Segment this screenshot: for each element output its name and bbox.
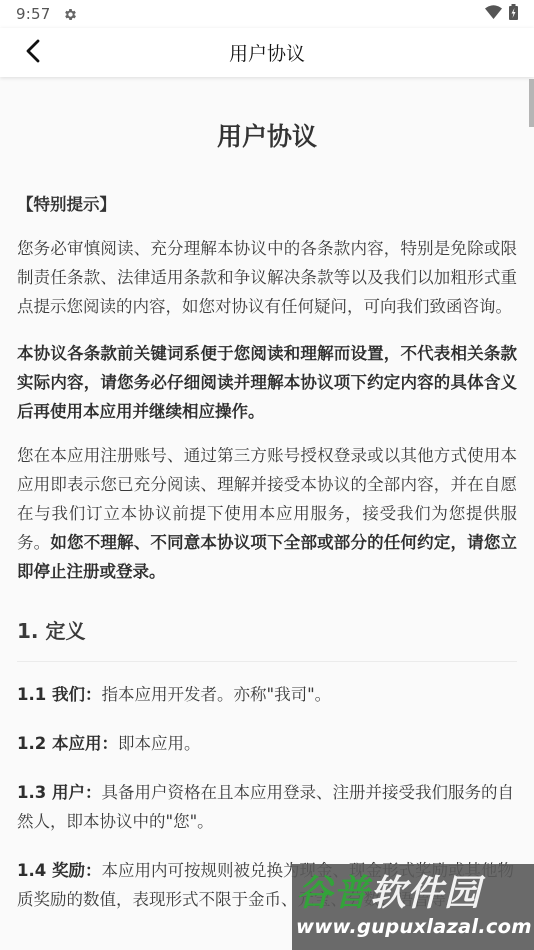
document-title: 用户协议	[17, 119, 517, 155]
app-bar: 用户协议	[0, 28, 534, 77]
definition-item: 1.2 本应用：即本应用。	[17, 729, 517, 758]
back-button[interactable]	[18, 38, 48, 68]
watermark-overlay: 谷普软件园 www.gupuxlazal.com	[292, 864, 534, 950]
battery-charging-icon	[509, 4, 518, 24]
watermark-brand: 谷普软件园	[296, 874, 530, 914]
status-bar: 9:57	[0, 0, 534, 28]
definition-text: 指本应用开发者。亦称"我司"。	[101, 685, 331, 704]
definition-term: 1.1 我们：	[17, 685, 101, 704]
definition-item: 1.3 用户：具备用户资格在且本应用登录、注册并接受我们服务的自然人，即本协议中…	[17, 778, 517, 836]
notice-paragraph-1: 您务必审慎阅读、充分理解本协议中的各条款内容，特别是免除或限制责任条款、法律适用…	[17, 234, 517, 321]
notice-paragraph-3: 您在本应用注册账号、通过第三方账号授权登录或以其他方式使用本应用即表示您已充分阅…	[17, 441, 517, 586]
definition-term: 1.4 奖励：	[17, 861, 101, 880]
app-bar-title: 用户协议	[229, 39, 305, 66]
definition-text: 即本应用。	[118, 734, 201, 753]
definition-term: 1.2 本应用：	[17, 734, 118, 753]
notice-paragraph-2: 本协议各条款前关键词系便于您阅读和理解而设置，不代表相关条款实际内容，请您务必仔…	[17, 339, 517, 426]
status-time: 9:57	[16, 5, 50, 23]
watermark-brand-green: 谷普	[296, 873, 370, 914]
special-notice-heading: 【特别提示】	[17, 191, 517, 219]
watermark-brand-white: 软件园	[370, 873, 481, 914]
definition-item: 1.1 我们：指本应用开发者。亦称"我司"。	[17, 680, 517, 709]
definition-term: 1.3 用户：	[17, 783, 101, 802]
wifi-icon	[485, 5, 502, 23]
scrollbar-thumb[interactable]	[529, 79, 534, 127]
section-divider	[17, 661, 517, 662]
chevron-left-icon	[25, 39, 41, 67]
gear-icon	[63, 7, 78, 22]
paragraph-3-bold: 如您不理解、不同意本协议项下全部或部分的任何约定，请您立即停止注册或登录。	[17, 533, 517, 581]
watermark-url: www.gupuxlazal.com	[296, 914, 530, 940]
agreement-content[interactable]: 用户协议 【特别提示】 您务必审慎阅读、充分理解本协议中的各条款内容，特别是免除…	[0, 77, 534, 950]
section-1-title: 1. 定义	[17, 616, 517, 646]
